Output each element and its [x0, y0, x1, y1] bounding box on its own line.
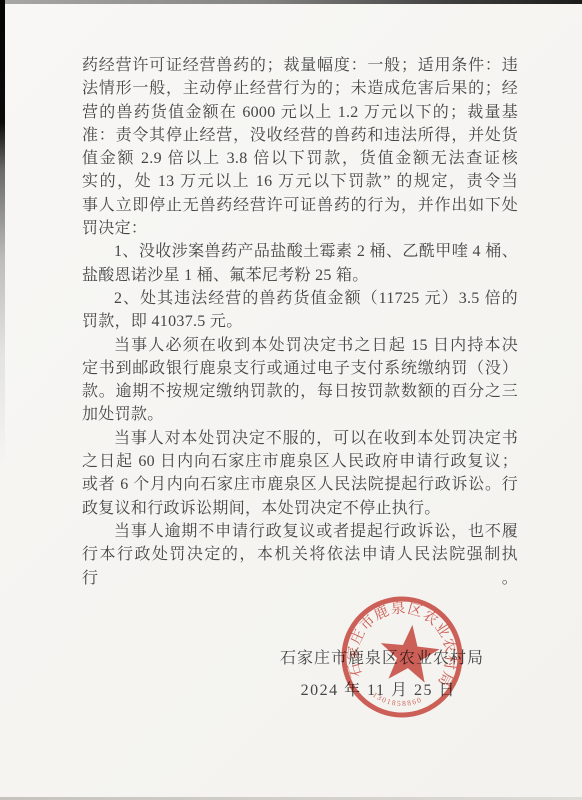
- scan-edge-top: [0, 0, 582, 4]
- body-line: 款。逾期不按规定缴纳罚款的，每日按罚款数额的百分之三: [82, 380, 518, 403]
- body-line: 或者 6 个月内向石家庄市鹿泉区人民法院提起行政诉讼。行: [82, 473, 518, 496]
- paragraph: 当事人逾期不申请行政复议或者提起行政诉讼，也不履行本行政处罚决定的，本机关将依法…: [82, 520, 518, 590]
- paragraph: 药经营许可证经营兽药的；裁量幅度：一般；适用条件：违法情形一般，主动停止经营行为…: [82, 54, 518, 240]
- body-line: 事人立即停止无兽药经营许可证兽药的行为，并作出如下处: [82, 194, 518, 217]
- seal-star-icon: [377, 622, 442, 684]
- body-line: 之日起 60 日内向石家庄市鹿泉区人民政府申请行政复议；: [82, 450, 518, 473]
- body-line: 定书到邮政银行鹿泉支行或通过电子支付系统缴纳罚（没）: [82, 357, 518, 380]
- paragraph: 当事人必须在收到本处罚决定书之日起 15 日内持本决定书到邮政银行鹿泉支行或通过…: [82, 334, 518, 427]
- body-line: 政复议和行政诉讼期间，本处罚决定不停止执行。: [82, 497, 518, 520]
- body-line: 2、处其违法经营的兽药货值金额（11725 元）3.5 倍的: [82, 287, 518, 310]
- body-line: 营的兽药货值金额在 6000 元以上 1.2 万元以下的；裁量基: [82, 101, 518, 124]
- body-line: 当事人对本处罚决定不服的，可以在收到本处罚决定书: [82, 427, 518, 450]
- body-line: 当事人逾期不申请行政复议或者提起行政诉讼，也不履: [82, 520, 518, 543]
- body-line: 实的，处 13 万元以上 16 万元以下罚款” 的规定，责令当: [82, 170, 518, 193]
- body-paragraphs: 药经营许可证经营兽药的；裁量幅度：一般；适用条件：违法情形一般，主动停止经营行为…: [82, 54, 518, 590]
- body-line: 加处罚款。: [82, 403, 518, 426]
- scanned-document-page: 药经营许可证经营兽药的；裁量幅度：一般；适用条件：违法情形一般，主动停止经营行为…: [0, 0, 582, 800]
- body-line: 准：责令其停止经营，没收经营的兽药和违法所得，并处货: [82, 124, 518, 147]
- body-line: 当事人必须在收到本处罚决定书之日起 15 日内持本决: [82, 334, 518, 357]
- body-line: 盐酸恩诺沙星 1 桶、氟苯尼考粉 25 箱。: [82, 264, 518, 287]
- body-line: 行本行政处罚决定的，本机关将依法申请人民法院强制执行。: [82, 543, 518, 590]
- body-line: 法情形一般，主动停止经营行为的；未造成危害后果的；经: [82, 77, 518, 100]
- seal-ring-text: 石家庄市鹿泉区农业农村局: [342, 594, 465, 691]
- body-line: 药经营许可证经营兽药的；裁量幅度：一般；适用条件：违: [82, 54, 518, 77]
- body-line: 1、没收涉案兽药产品盐酸土霉素 2 桶、乙酰甲喹 4 桶、: [82, 240, 518, 263]
- paragraph: 1、没收涉案兽药产品盐酸土霉素 2 桶、乙酰甲喹 4 桶、盐酸恩诺沙星 1 桶、…: [82, 240, 518, 287]
- body-line: 罚决定：: [82, 217, 518, 240]
- body-line: 罚款，即 41037.5 元。: [82, 310, 518, 333]
- official-seal: 石家庄市鹿泉区农业农村局 1301858860: [331, 586, 474, 729]
- scan-edge-left: [0, 0, 5, 470]
- paragraph: 2、处其违法经营的兽药货值金额（11725 元）3.5 倍的罚款，即 41037…: [82, 287, 518, 334]
- paragraph: 当事人对本处罚决定不服的，可以在收到本处罚决定书之日起 60 日内向石家庄市鹿泉…: [82, 427, 518, 520]
- body-line: 值金额 2.9 倍以上 3.8 倍以下罚款，货值金额无法查证核: [82, 147, 518, 170]
